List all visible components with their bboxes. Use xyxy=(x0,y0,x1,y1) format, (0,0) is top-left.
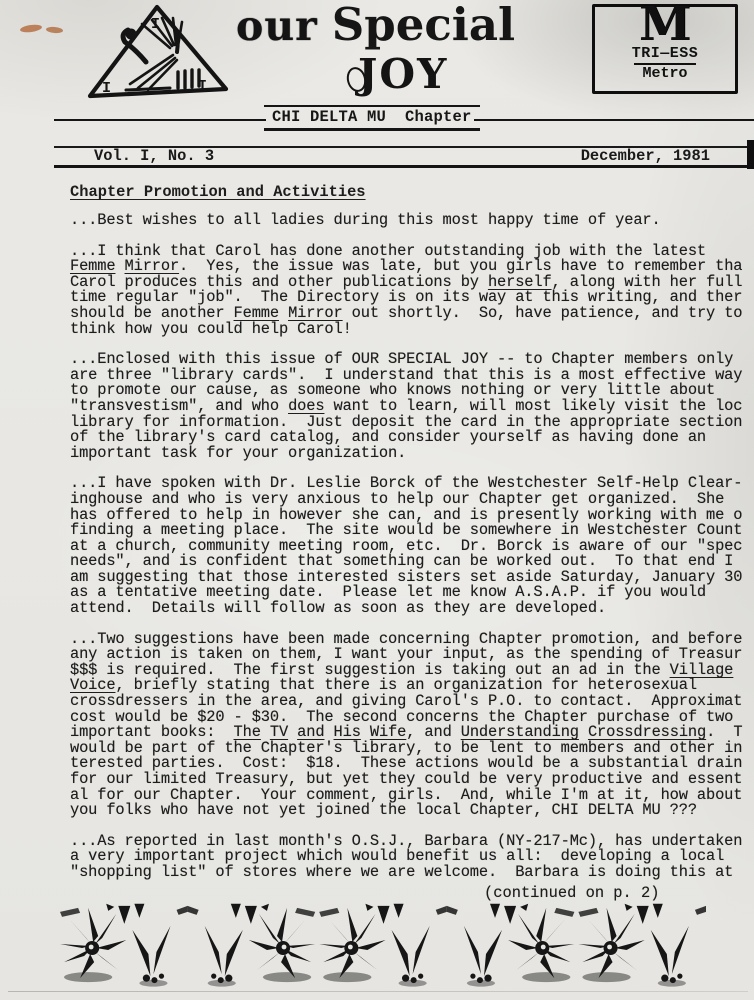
rust-stain xyxy=(20,24,43,34)
triangle-lady-stamp-icon: I I I xyxy=(78,0,236,106)
tri-ess-metro-stamp: M TRI—ESS Metro xyxy=(592,4,738,94)
tri-ess-monogram: M xyxy=(639,4,691,46)
typewritten-line: ...Best wishes to all ladies during this… xyxy=(70,213,754,229)
article-heading: Chapter Promotion and Activities xyxy=(70,184,754,200)
floral-stamp-border-icon xyxy=(58,903,706,989)
typewritten-line: important task for your organization. xyxy=(70,446,754,462)
paragraph: ...I think that Carol has done another o… xyxy=(70,244,754,338)
typewritten-line: you folks who have not yet joined the lo… xyxy=(70,803,754,819)
title-word-joy: JOY xyxy=(358,53,448,95)
svg-text:I: I xyxy=(102,80,111,97)
paragraph: ...As reported in last month's O.S.J., B… xyxy=(70,834,754,881)
newsletter-title: ourSpecial JOY xyxy=(236,2,536,95)
continued-note: (continued on p. 2) xyxy=(484,884,659,902)
issue-date: December, 1981 xyxy=(581,147,710,165)
scan-bottom-line xyxy=(8,991,748,992)
title-word-special: Special xyxy=(332,0,515,51)
tri-ess-org-name: TRI—ESS xyxy=(632,46,699,61)
paragraph: ...Two suggestions have been made concer… xyxy=(70,632,754,819)
scan-edge-mark xyxy=(747,140,754,169)
paragraph: ...Enclosed with this issue of OUR SPECI… xyxy=(70,352,754,461)
rust-stain xyxy=(46,26,63,33)
tri-ess-chapter-name: Metro xyxy=(642,66,687,81)
volume-label: Vol. I, No. 3 xyxy=(94,147,214,165)
volume-date-bar: Vol. I, No. 3 December, 1981 xyxy=(54,146,754,168)
paragraph: ...Best wishes to all ladies during this… xyxy=(70,213,754,229)
article-body: ...Best wishes to all ladies during this… xyxy=(70,213,754,881)
typewritten-line: "shopping list" of stores where we are w… xyxy=(70,865,754,881)
newsletter-page: I I I ourSpecial JOY M xyxy=(0,0,754,1000)
typewritten-line: think how you could help Carol! xyxy=(70,322,754,338)
chapter-banner: CHI DELTA MU Chapter xyxy=(0,103,754,131)
chapter-banner-text: CHI DELTA MU Chapter xyxy=(264,105,480,131)
banner-rule-right xyxy=(474,119,754,121)
article: Chapter Promotion and Activities ...Best… xyxy=(70,184,754,896)
paragraph: ...I have spoken with Dr. Leslie Borck o… xyxy=(70,476,754,616)
typewritten-line: attend. Details will follow as soon as t… xyxy=(70,601,754,617)
title-word-our: our xyxy=(236,2,318,50)
banner-rule-left xyxy=(54,119,266,121)
